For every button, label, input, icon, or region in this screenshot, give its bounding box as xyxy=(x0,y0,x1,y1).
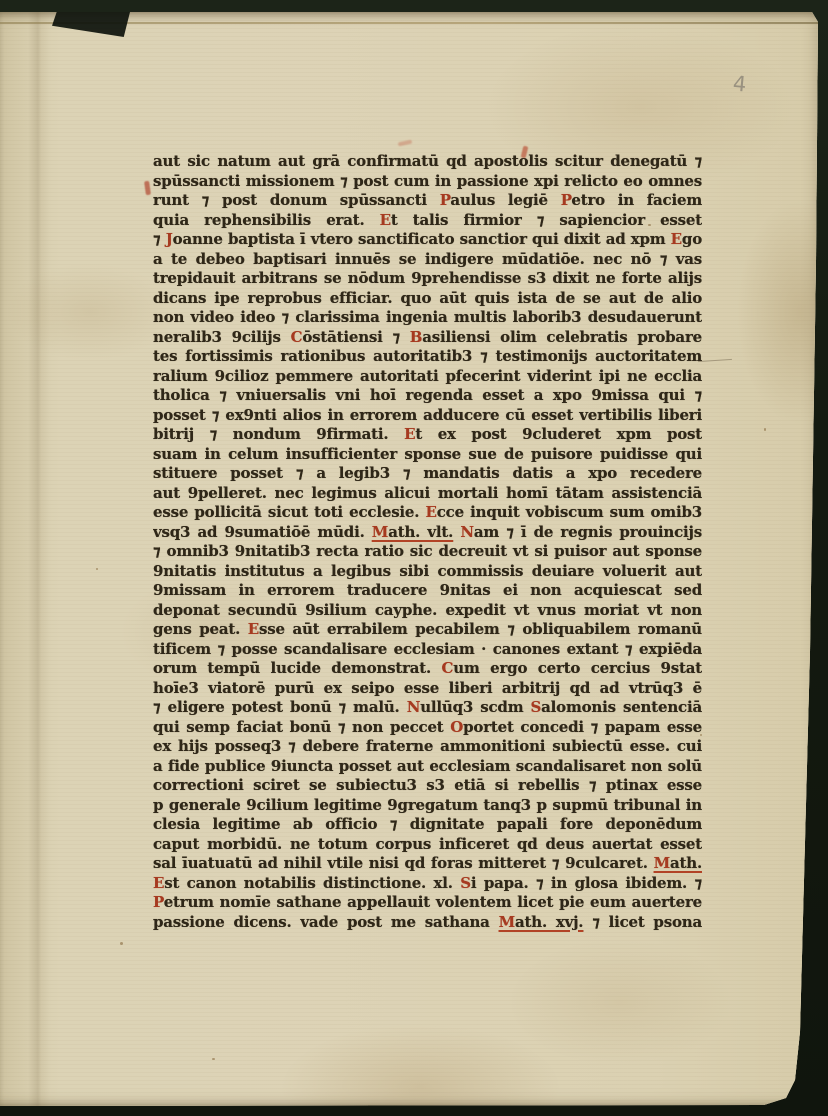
text-segment: sal īuatuatū ad nihil vtile nisi qd fora… xyxy=(153,854,654,872)
text-block: aut sic natum aut grā confirmatū qd apos… xyxy=(153,152,702,936)
text-line: quia rephensibilis erat. Et talis firmio… xyxy=(153,211,702,231)
text-segment: tholica ⁊ vniuersalis vni hoī regenda es… xyxy=(153,386,702,406)
rubricated-segment: ath. vlt. xyxy=(388,523,453,541)
text-line: correctioni sciret se subiectu3 s3 etiā … xyxy=(153,776,702,796)
text-segment: p generale 9cilium legitime 9gregatum ta… xyxy=(153,796,702,816)
text-segment: non video ideo ⁊ clarissima ingenia mult… xyxy=(153,308,702,328)
text-line: p generale 9cilium legitime 9gregatum ta… xyxy=(153,796,702,816)
text-segment: ⁊ eligere potest bonū ⁊ malū. xyxy=(153,698,407,716)
scan-background: { "page": { "folio_number": "4", "descri… xyxy=(0,0,828,1116)
text-line: suam in celum insufficienter sponse sue … xyxy=(153,445,702,465)
manuscript-page: 4 aut sic natum aut grā confirmatū qd ap… xyxy=(0,12,828,1106)
rubricated-segment: S xyxy=(530,698,541,716)
red-ink-smudge xyxy=(144,181,151,196)
text-line: ⁊ omnib3 9nitatib3 recta ratio sic decre… xyxy=(153,542,702,562)
rubricated-segment: O xyxy=(450,718,463,736)
text-segment: ralium 9cilioz pemmere autoritati pfecer… xyxy=(153,367,702,387)
text-segment: ex hijs posseq3 ⁊ debere fraterne ammoni… xyxy=(153,737,702,757)
rubricated-segment: E xyxy=(248,620,259,638)
text-segment: spūssancti missionem ⁊ post cum in passi… xyxy=(153,172,702,192)
foxing-spot xyxy=(96,568,98,570)
text-segment: etrum nomīe sathane appellauit volentem … xyxy=(153,893,702,913)
text-segment: a fide publice 9iuncta posset aut eccles… xyxy=(153,757,702,777)
rubricated-segment: E xyxy=(671,230,682,248)
text-line: 9nitatis institutus a legibus sibi commi… xyxy=(153,562,702,582)
text-line: tificem ⁊ posse scandalisare ecclesiam ·… xyxy=(153,640,702,660)
rubricated-segment: E xyxy=(380,211,391,229)
text-segment: qui semp faciat bonū ⁊ non peccet xyxy=(153,718,450,736)
text-segment: ⁊ xyxy=(153,230,166,248)
text-segment: trepidauit arbitrans se nōdum 9prehendis… xyxy=(153,269,702,289)
rubricated-segment: N xyxy=(460,523,474,541)
text-line: a te debeo baptisari innuēs se indigere … xyxy=(153,250,702,270)
foxing-spot xyxy=(764,428,766,431)
text-line: clesia legitime ab officio ⁊ dignitate p… xyxy=(153,815,702,835)
foxing-spot xyxy=(212,1058,215,1060)
rubricated-segment: C xyxy=(442,659,454,677)
text-line: trepidauit arbitrans se nōdum 9prehendis… xyxy=(153,269,702,289)
text-segment: stituere posset ⁊ a legib3 ⁊ mandatis da… xyxy=(153,464,702,484)
rubricated-segment: M xyxy=(654,854,670,872)
text-segment: esse pollicitā sicut toti ecclesie. xyxy=(153,503,426,521)
text-line: hoīe3 viatorē purū ex seipo esse liberi … xyxy=(153,679,702,699)
foxing-spot xyxy=(700,734,702,736)
text-line: passione dicens. vade post me sathana Ma… xyxy=(153,913,702,933)
pen-scratch xyxy=(698,359,732,362)
text-line: tholica ⁊ vniuersalis vni hoī regenda es… xyxy=(153,386,702,406)
text-line: orum tempū lucide demonstrat. Cum ergo c… xyxy=(153,659,702,679)
text-segment: bitrij ⁊ nondum 9firmati. xyxy=(153,425,404,443)
rubricated-segment: J xyxy=(166,230,173,248)
gutter-crease xyxy=(28,12,50,1106)
red-ink-smudge-faint xyxy=(398,140,413,147)
text-line: dicans ipe reprobus efficiar. quo aūt qu… xyxy=(153,289,702,309)
rubricated-segment: E xyxy=(153,874,164,892)
text-line: stituere posset ⁊ a legib3 ⁊ mandatis da… xyxy=(153,464,702,484)
text-segment: deponat secundū 9silium cayphe. expedit … xyxy=(153,601,702,621)
text-segment: tes fortissimis rationibus autoritatib3 … xyxy=(153,347,702,367)
rubricated-segment: B xyxy=(410,328,422,346)
text-segment: correctioni sciret se subiectu3 s3 etiā … xyxy=(153,776,702,796)
rubricated-segment: S xyxy=(460,874,471,892)
text-line: Petrum nomīe sathane appellauit volentem… xyxy=(153,893,702,913)
text-segment: go xyxy=(682,230,702,248)
text-line: bitrij ⁊ nondum 9firmati. Et ex post 9cl… xyxy=(153,425,702,445)
text-segment: neralib3 9cilijs xyxy=(153,328,291,346)
text-line: ralium 9cilioz pemmere autoritati pfecer… xyxy=(153,367,702,387)
text-segment: aut sic natum aut grā confirmatū qd apos… xyxy=(153,152,702,172)
text-segment: quia rephensibilis erat. xyxy=(153,211,380,229)
rubricated-segment: P xyxy=(561,191,572,209)
text-segment: st canon notabilis distinctione. xl. xyxy=(164,874,460,892)
text-segment: am ⁊ ī de regnis prouincijs xyxy=(474,523,702,541)
text-segment: aut 9pelleret. nec legimus alicui mortal… xyxy=(153,484,702,504)
folio-number: 4 xyxy=(732,71,747,96)
text-line: runt ⁊ post donum spūssancti Paulus legi… xyxy=(153,191,702,211)
text-line: caput morbidū. ne totum corpus inficeret… xyxy=(153,835,702,855)
text-segment: gens peat. xyxy=(153,620,248,638)
rubricated-segment: E xyxy=(404,425,415,443)
rubricated-segment: P xyxy=(440,191,451,209)
text-line: ex hijs posseq3 ⁊ debere fraterne ammoni… xyxy=(153,737,702,757)
text-segment: 9missam in errorem traducere 9nitas ei n… xyxy=(153,581,702,601)
rubricated-segment: E xyxy=(426,503,437,521)
text-segment: tificem ⁊ posse scandalisare ecclesiam ·… xyxy=(153,640,702,660)
text-line: gens peat. Esse aūt errabilem pecabilem … xyxy=(153,620,702,640)
text-segment: hoīe3 viatorē purū ex seipo esse liberi … xyxy=(153,679,702,699)
text-segment: dicans ipe reprobus efficiar. quo aūt qu… xyxy=(153,289,702,309)
text-segment: passione dicens. vade post me sathana xyxy=(153,913,499,931)
text-segment: 9nitatis institutus a legibus sibi commi… xyxy=(153,562,702,582)
text-line: tes fortissimis rationibus autoritatib3 … xyxy=(153,347,702,367)
text-segment: ullūq3 scdm xyxy=(420,698,530,716)
rubricated-segment: M xyxy=(499,913,515,931)
text-line: neralib3 9cilijs Cōstātiensi ⁊ Basiliens… xyxy=(153,328,702,348)
text-line: deponat secundū 9silium cayphe. expedit … xyxy=(153,601,702,621)
text-line: 9missam in errorem traducere 9nitas ei n… xyxy=(153,581,702,601)
foxing-spot xyxy=(120,942,123,945)
text-line: sal īuatuatū ad nihil vtile nisi qd fora… xyxy=(153,854,702,874)
text-line: qui semp faciat bonū ⁊ non peccet Oporte… xyxy=(153,718,702,738)
text-segment: oanne baptista ī vtero sanctificato sanc… xyxy=(173,230,671,248)
text-segment: vsq3 ad 9sumatiōē mūdi. xyxy=(153,523,372,541)
rubricated-segment: ath. xvj. xyxy=(515,913,583,931)
text-line: Est canon notabilis distinctione. xl. Si… xyxy=(153,874,702,894)
text-line: a fide publice 9iuncta posset aut eccles… xyxy=(153,757,702,777)
rubricated-segment: N xyxy=(407,698,421,716)
rubricated-segment: M xyxy=(372,523,388,541)
text-line: vsq3 ad 9sumatiōē mūdi. Math. vlt. Nam ⁊… xyxy=(153,523,702,543)
text-line: spūssancti missionem ⁊ post cum in passi… xyxy=(153,172,702,192)
binding-gap xyxy=(52,12,130,37)
text-segment: orum tempū lucide demonstrat. xyxy=(153,659,442,677)
text-line: esse pollicitā sicut toti ecclesie. Ecce… xyxy=(153,503,702,523)
text-segment: ōstātiensi ⁊ xyxy=(302,328,409,346)
rubricated-segment: C xyxy=(291,328,303,346)
rubricated-segment: P xyxy=(153,893,164,911)
text-segment: suam in celum insufficienter sponse sue … xyxy=(153,445,702,465)
text-segment: clesia legitime ab officio ⁊ dignitate p… xyxy=(153,815,702,835)
text-line: aut 9pelleret. nec legimus alicui mortal… xyxy=(153,484,702,504)
text-segment: ⁊ omnib3 9nitatib3 recta ratio sic decre… xyxy=(153,542,702,562)
text-segment: caput morbidū. ne totum corpus inficeret… xyxy=(153,835,702,855)
text-segment: a te debeo baptisari innuēs se indigere … xyxy=(153,250,702,270)
text-line: ⁊ Joanne baptista ī vtero sanctificato s… xyxy=(153,230,702,250)
foxing-spot xyxy=(648,224,651,226)
text-segment: runt ⁊ post donum spūssancti xyxy=(153,191,440,209)
text-segment: posset ⁊ ex9nti alios in errorem adducer… xyxy=(153,406,702,426)
text-line: ⁊ eligere potest bonū ⁊ malū. Nullūq3 sc… xyxy=(153,698,702,718)
text-segment: aulus legiē xyxy=(450,191,560,209)
text-line: aut sic natum aut grā confirmatū qd apos… xyxy=(153,152,702,172)
text-line: non video ideo ⁊ clarissima ingenia mult… xyxy=(153,308,702,328)
text-line: posset ⁊ ex9nti alios in errorem adducer… xyxy=(153,406,702,426)
